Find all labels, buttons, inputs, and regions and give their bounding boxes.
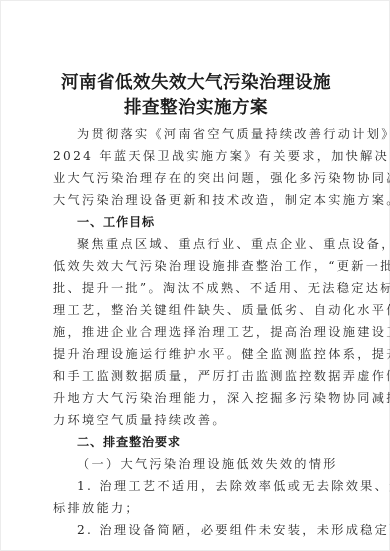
paragraph-line: 业大气污染治理存在的突出问题，强化多污染物协同减排，推动 bbox=[53, 170, 343, 186]
list-item-line: 标排放能力； bbox=[53, 500, 343, 516]
paragraph-line: 升地方大气污染治理能力，深入挖掘多污染物协同减排潜力，助 bbox=[53, 390, 343, 406]
paragraph-line: 大气污染治理设备更新和技术改造，制定本实施方案。 bbox=[53, 192, 343, 208]
paragraph-line: 聚焦重点区域、重点行业、重点企业、重点设备，全面开展 bbox=[77, 236, 343, 252]
paragraph-line: 低效失效大气污染治理设施排查整治工作，“更新一批、整治一 bbox=[53, 258, 343, 274]
list-item-line: 1. 治理工艺不适用，去除效率低或无去除效果、无稳定达 bbox=[77, 478, 343, 494]
document-title-line-2: 排查整治实施方案 bbox=[1, 94, 390, 119]
paragraph-line: 力环境空气质量持续改善。 bbox=[53, 412, 343, 428]
section-heading-2: 二、排查整治要求 bbox=[77, 434, 343, 450]
paragraph-line: 施，推进企业合理选择治理工艺，提高治理设施建设工程质量， bbox=[53, 324, 343, 340]
list-item-line: 2. 治理设备简陋，必要组件未安装，未形成稳定可靠的副 bbox=[77, 522, 343, 538]
paragraph-line: 2024 年蓝天保卫战实施方案》有关要求，加快解决当前工业企 bbox=[53, 148, 343, 164]
section-heading-1: 一、工作目标 bbox=[77, 214, 343, 230]
document-page: 河南省低效失效大气污染治理设施 排查整治实施方案 为贯彻落实《河南省空气质量持续… bbox=[0, 0, 390, 551]
paragraph-line: 批、提升一批”。淘汰不成熟、不适用、无法稳定达标排放的治 bbox=[53, 280, 343, 296]
subsection-heading: （一）大气污染治理设施低效失效的情形 bbox=[77, 456, 343, 472]
paragraph-line: 和手工监测数据质量，严厉打击监测监控数据弄虚作假行为。提 bbox=[53, 368, 343, 384]
paragraph-line: 理工艺，整治关键组件缺失、质量低劣、自动化水平低的治理设 bbox=[53, 302, 343, 318]
document-title-line-1: 河南省低效失效大气污染治理设施 bbox=[1, 69, 390, 94]
paragraph-line: 提升治理设施运行维护水平。健全监测监控体系，提升自动监测 bbox=[53, 346, 343, 362]
paragraph-line: 为贯彻落实《河南省空气质量持续改善行动计划》《河南省 bbox=[77, 126, 343, 142]
